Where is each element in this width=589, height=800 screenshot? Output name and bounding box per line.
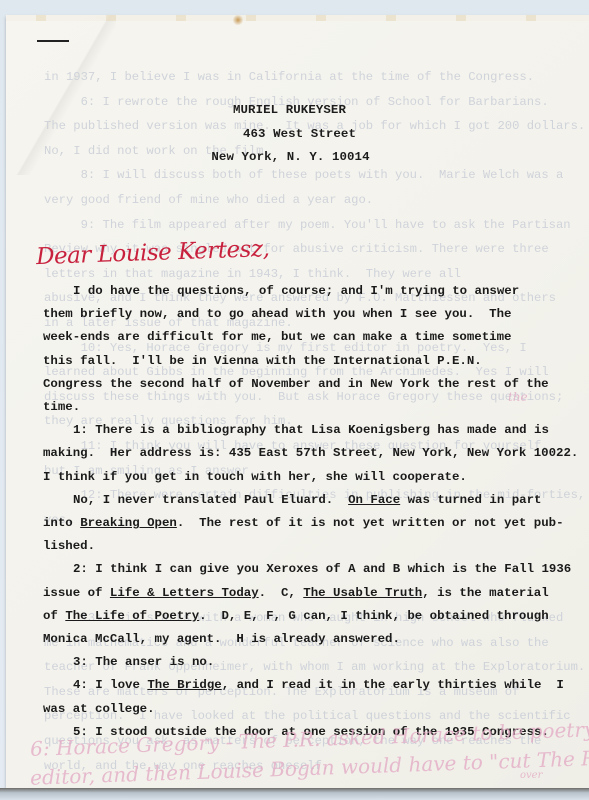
- letterhead-city: New York, N. Y. 10014: [0, 150, 585, 164]
- intro-line: time.: [43, 396, 563, 419]
- letterhead-name: MURIEL RUKEYSER: [0, 103, 584, 117]
- answer-1-line: 1: There is a bibliography that Lisa Koe…: [43, 419, 563, 442]
- answer-2-line: Monica McCall, my agent. H is already an…: [43, 628, 563, 651]
- text: issue of: [43, 586, 110, 600]
- margin-note-corner: over: [520, 770, 542, 781]
- eluard-line: into Breaking Open. The rest of it is no…: [43, 512, 563, 535]
- answer-2-line: 2: I think I can give you Xeroxes of A a…: [43, 558, 563, 581]
- text: . C,: [259, 586, 304, 600]
- title-life-and-letters-today: Life & Letters Today: [110, 586, 259, 600]
- intro-line: week-ends are difficult for me, but we c…: [43, 326, 563, 349]
- bleed-line: in 1937, I believe I was in California a…: [44, 65, 564, 90]
- answer-2-line: issue of Life & Letters Today. C, The Us…: [43, 582, 563, 605]
- letterhead-street: 463 West Street: [5, 127, 589, 141]
- text: No, I never translated Paul Eluard.: [73, 493, 348, 507]
- letter-body: I do have the questions, of course; and …: [43, 280, 563, 744]
- pen-dash-mark: [37, 40, 69, 42]
- answer-1-line: making. Her address is: 435 East 57th St…: [43, 442, 563, 465]
- intro-line: Congress the second half of November and…: [43, 373, 563, 396]
- eluard-line: No, I never translated Paul Eluard. On F…: [43, 489, 563, 512]
- text: , is the material: [422, 586, 548, 600]
- margin-note-right: the: [508, 390, 528, 404]
- text: of: [43, 609, 65, 623]
- eluard-line: lished.: [43, 535, 563, 558]
- answer-3: 3: The anser is no.: [43, 651, 563, 674]
- title-life-of-poetry: The Life of Poetry: [65, 609, 199, 623]
- text: . D, E, F, G can, I think, be obtained t…: [199, 609, 548, 623]
- bleed-line: 9: The film appeared after my poem. You'…: [44, 213, 564, 238]
- paper-top-edge: [6, 15, 589, 21]
- text: into: [43, 516, 80, 530]
- scanner-bottom-edge: [0, 788, 589, 800]
- answer-4-line: was at college.: [43, 698, 563, 721]
- title-on-face: On Face: [348, 493, 400, 507]
- intro-line: I do have the questions, of course; and …: [43, 280, 563, 303]
- title-the-bridge: The Bridge: [147, 678, 221, 692]
- intro-line: this fall. I'll be in Vienna with the In…: [43, 350, 563, 373]
- bleed-line: very good friend of mine who died a year…: [44, 188, 564, 213]
- title-breaking-open: Breaking Open: [80, 516, 177, 530]
- text: , and I read it in the early thirties wh…: [222, 678, 564, 692]
- text: was turned in part: [400, 493, 541, 507]
- rust-stain: [232, 15, 244, 25]
- intro-line: them briefly now, and to go ahead with y…: [43, 303, 563, 326]
- answer-1-line: I think if you get in touch with her, sh…: [43, 466, 563, 489]
- title-usable-truth: The Usable Truth: [303, 586, 422, 600]
- answer-4-line: 4: I love The Bridge, and I read it in t…: [43, 674, 563, 697]
- bleed-line: 8: I will discuss both of these poets wi…: [44, 163, 564, 188]
- text: 4: I love: [73, 678, 147, 692]
- answer-2-line: of The Life of Poetry. D, E, F, G can, I…: [43, 605, 563, 628]
- text: . The rest of it is not yet written or n…: [177, 516, 564, 530]
